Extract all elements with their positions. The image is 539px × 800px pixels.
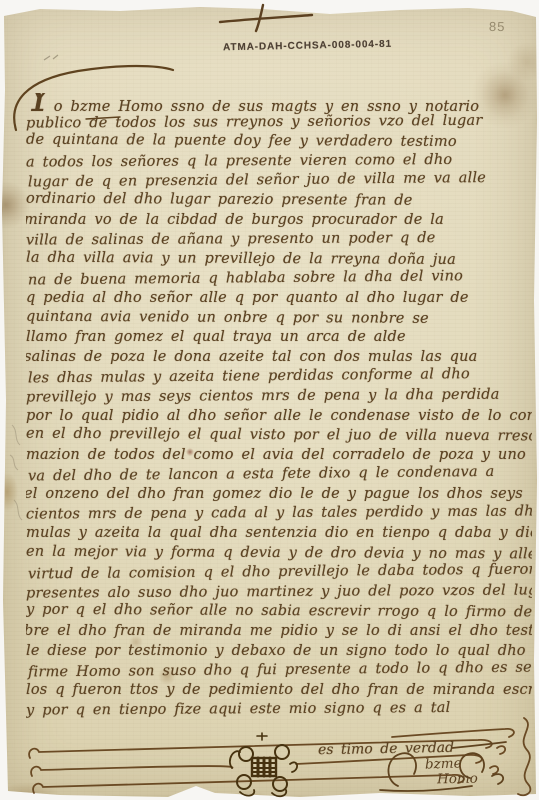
manuscript-line: de quintana de la puente doy fee y verda… bbox=[26, 131, 532, 153]
manuscript-line: quintana avia venido un onbre q por su n… bbox=[26, 307, 532, 329]
manuscript-line: miranda vo de la cibdad de burgos procur… bbox=[26, 211, 530, 231]
manuscript-line: cientos mrs de pena y cada al y las tale… bbox=[26, 503, 532, 526]
manuscript-line: en el dho previllejo el qual visto por e… bbox=[26, 425, 532, 447]
manuscript-line: le diese por testimonio y debaxo de un s… bbox=[26, 642, 532, 662]
manuscript-line: previllejo y mas seys cientos mrs de pen… bbox=[26, 385, 532, 408]
manuscript-line: va del dho de te lancon a esta fete dixo… bbox=[28, 463, 532, 487]
photo-background: 85 ATMA-DAH-CCHSA-008-004-81 Yo bzme Hom… bbox=[0, 0, 539, 800]
manuscript-line: ordinario del dho lugar parezio presente… bbox=[26, 190, 532, 212]
manuscript-line: el onzeno del dho fran gomez dio le de y… bbox=[26, 485, 530, 505]
manuscript-line: Yo bzme Homo ssno de sus magts y en ssno… bbox=[26, 93, 532, 113]
signature-surname: Homo bbox=[437, 772, 478, 787]
manuscript-line: llamo fran gomez el qual traya un arca d… bbox=[26, 328, 532, 348]
manuscript-line: bre el dho fran de miranda me pidio y se… bbox=[26, 622, 530, 642]
manuscript-line: q pedia al dho señor alle q por quanto a… bbox=[26, 289, 532, 309]
manuscript-line: por lo qual pidio al dho señor alle le c… bbox=[26, 407, 532, 427]
manuscript-line: mulas y azeita la qual dha sentenzia dio… bbox=[26, 524, 532, 544]
manuscript-line: y por q en tienpo fize aqui este mio sig… bbox=[26, 699, 532, 722]
manuscript-text-block: Yo bzme Homo ssno de sus magts y en ssno… bbox=[26, 93, 532, 729]
manuscript-line: los q fueron ttos y de pedimiento del dh… bbox=[26, 681, 532, 701]
signature-name: bzme bbox=[425, 756, 462, 771]
manuscript-line: firme Homo son suso dho q fui presente a… bbox=[28, 659, 532, 683]
manuscript-line: na de buena memoria q hablaba sobre la d… bbox=[28, 267, 532, 291]
manuscript-line: y por q el dho señor alle no sabia escre… bbox=[26, 601, 532, 623]
folio-number: 85 bbox=[488, 19, 505, 34]
manuscript-line: villa de salinas de añana y presento un … bbox=[26, 229, 532, 252]
